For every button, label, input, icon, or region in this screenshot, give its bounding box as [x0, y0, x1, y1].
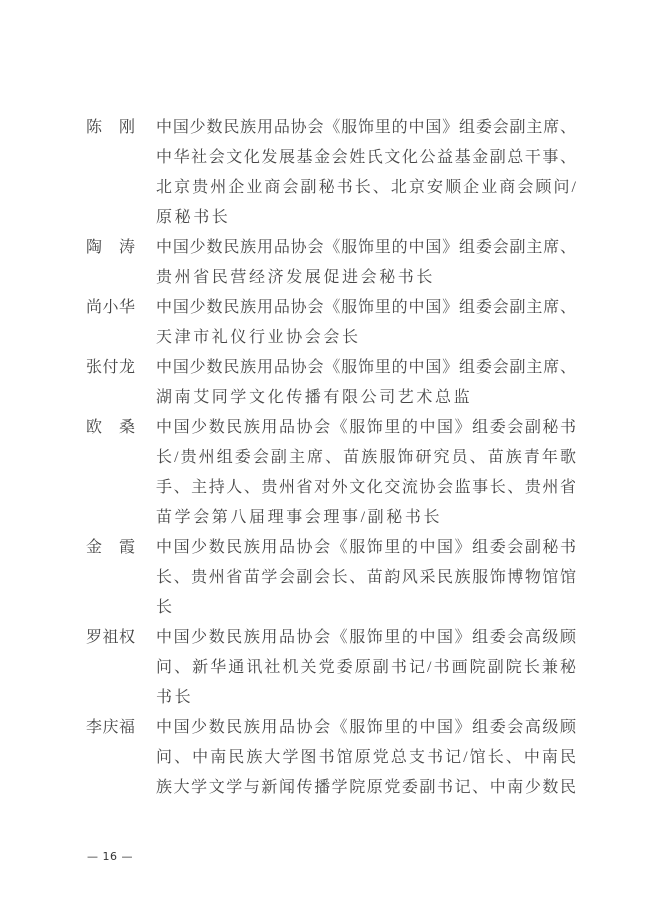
title-line: 中国少数民族用品协会《服饰里的中国》组委会副主席、 — [156, 233, 576, 263]
person-titles: 中国少数民族用品协会《服饰里的中国》组委会副秘书长、贵州省苗学会副会长、苗韵风采… — [156, 533, 576, 623]
person-name: 金 霞 — [86, 533, 156, 563]
title-line: 贵州省民营经济发展促进会秘书长 — [156, 263, 576, 293]
person-name: 李庆福 — [86, 713, 156, 743]
title-line: 苗学会第八届理事会理事/副秘书长 — [156, 503, 576, 533]
person-titles: 中国少数民族用品协会《服饰里的中国》组委会副主席、天津市礼仪行业协会会长 — [156, 293, 576, 353]
person-name: 罗祖权 — [86, 623, 156, 653]
person-name: 尚小华 — [86, 293, 156, 323]
roster-entry: 罗祖权中国少数民族用品协会《服饰里的中国》组委会高级顾问、新华通讯社机关党委原副… — [86, 623, 578, 713]
title-line: 族大学文学与新闻传播学院原党委副书记、中南少数民 — [156, 773, 576, 803]
roster-entry: 陈 刚中国少数民族用品协会《服饰里的中国》组委会副主席、中华社会文化发展基金会姓… — [86, 113, 578, 233]
title-line: 长/贵州组委会副主席、苗族服饰研究员、苗族青年歌 — [156, 443, 576, 473]
title-line: 中国少数民族用品协会《服饰里的中国》组委会副主席、 — [156, 353, 576, 383]
roster-entry: 陶 涛中国少数民族用品协会《服饰里的中国》组委会副主席、贵州省民营经济发展促进会… — [86, 233, 578, 293]
person-name: 陈 刚 — [86, 113, 156, 143]
person-name: 欧 桑 — [86, 413, 156, 443]
person-titles: 中国少数民族用品协会《服饰里的中国》组委会副秘书长/贵州组委会副主席、苗族服饰研… — [156, 413, 576, 533]
title-line: 手、主持人、贵州省对外文化交流协会监事长、贵州省 — [156, 473, 576, 503]
roster-entry: 尚小华中国少数民族用品协会《服饰里的中国》组委会副主席、天津市礼仪行业协会会长 — [86, 293, 578, 353]
roster-entry: 欧 桑中国少数民族用品协会《服饰里的中国》组委会副秘书长/贵州组委会副主席、苗族… — [86, 413, 578, 533]
person-name: 张付龙 — [86, 353, 156, 383]
title-line: 长 — [156, 593, 576, 623]
title-line: 北京贵州企业商会副秘书长、北京安顺企业商会顾问/ — [156, 173, 576, 203]
document-page: 陈 刚中国少数民族用品协会《服饰里的中国》组委会副主席、中华社会文化发展基金会姓… — [0, 0, 650, 919]
roster-entry: 李庆福中国少数民族用品协会《服饰里的中国》组委会高级顾问、中南民族大学图书馆原党… — [86, 713, 578, 803]
title-line: 湖南艾同学文化传播有限公司艺术总监 — [156, 383, 576, 413]
title-line: 书长 — [156, 683, 576, 713]
title-line: 长、贵州省苗学会副会长、苗韵风采民族服饰博物馆馆 — [156, 563, 576, 593]
person-titles: 中国少数民族用品协会《服饰里的中国》组委会副主席、贵州省民营经济发展促进会秘书长 — [156, 233, 576, 293]
person-name: 陶 涛 — [86, 233, 156, 263]
title-line: 中华社会文化发展基金会姓氏文化公益基金副总干事、 — [156, 143, 576, 173]
title-line: 中国少数民族用品协会《服饰里的中国》组委会高级顾 — [156, 713, 576, 743]
title-line: 原秘书长 — [156, 203, 576, 233]
title-line: 中国少数民族用品协会《服饰里的中国》组委会副主席、 — [156, 113, 576, 143]
title-line: 天津市礼仪行业协会会长 — [156, 323, 576, 353]
title-line: 中国少数民族用品协会《服饰里的中国》组委会副秘书 — [156, 533, 576, 563]
roster-entry: 张付龙中国少数民族用品协会《服饰里的中国》组委会副主席、湖南艾同学文化传播有限公… — [86, 353, 578, 413]
title-line: 中国少数民族用品协会《服饰里的中国》组委会副主席、 — [156, 293, 576, 323]
page-number: — 16 — — [87, 850, 133, 863]
person-titles: 中国少数民族用品协会《服饰里的中国》组委会高级顾问、中南民族大学图书馆原党总支书… — [156, 713, 576, 803]
roster-list: 陈 刚中国少数民族用品协会《服饰里的中国》组委会副主席、中华社会文化发展基金会姓… — [86, 113, 578, 803]
title-line: 问、新华通讯社机关党委原副书记/书画院副院长兼秘 — [156, 653, 576, 683]
person-titles: 中国少数民族用品协会《服饰里的中国》组委会副主席、湖南艾同学文化传播有限公司艺术… — [156, 353, 576, 413]
person-titles: 中国少数民族用品协会《服饰里的中国》组委会副主席、中华社会文化发展基金会姓氏文化… — [156, 113, 576, 233]
person-titles: 中国少数民族用品协会《服饰里的中国》组委会高级顾问、新华通讯社机关党委原副书记/… — [156, 623, 576, 713]
title-line: 中国少数民族用品协会《服饰里的中国》组委会高级顾 — [156, 623, 576, 653]
title-line: 问、中南民族大学图书馆原党总支书记/馆长、中南民 — [156, 743, 576, 773]
roster-entry: 金 霞中国少数民族用品协会《服饰里的中国》组委会副秘书长、贵州省苗学会副会长、苗… — [86, 533, 578, 623]
title-line: 中国少数民族用品协会《服饰里的中国》组委会副秘书 — [156, 413, 576, 443]
